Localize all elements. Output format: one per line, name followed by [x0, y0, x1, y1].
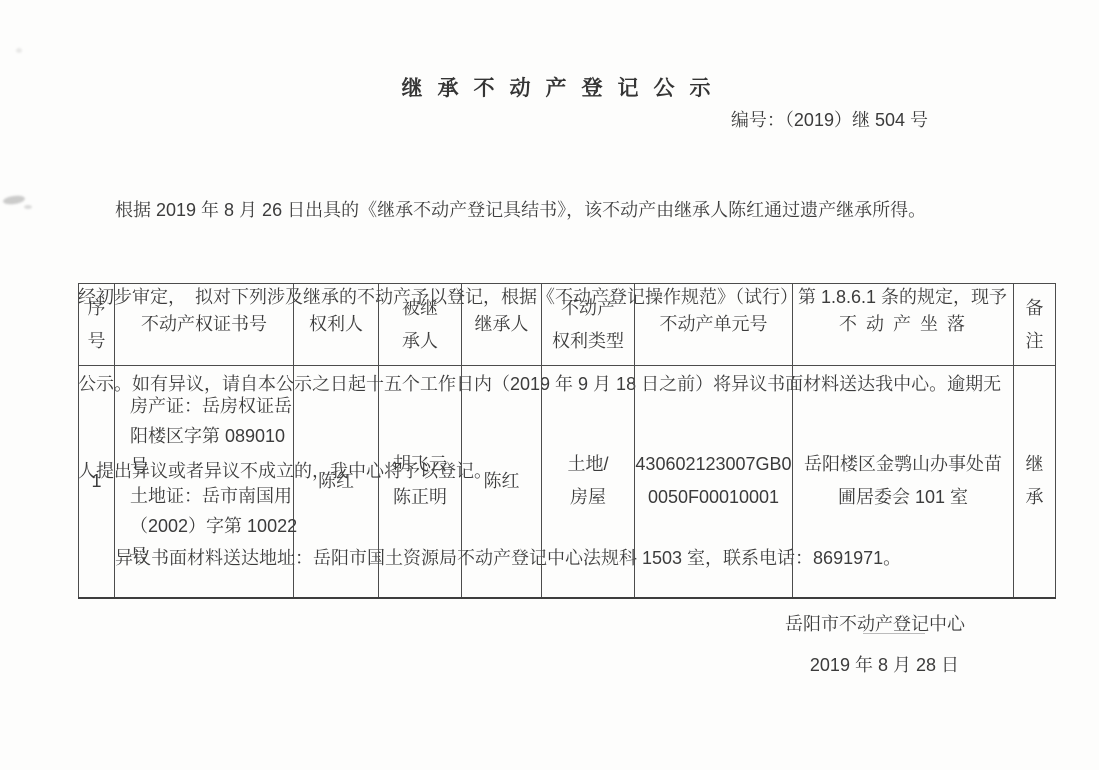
- header-decedent: 被继 承人: [379, 284, 462, 366]
- header-seq: 序 号: [79, 284, 115, 366]
- scan-smudge: [24, 205, 32, 209]
- header-location: 不 动 产 坐 落: [793, 284, 1014, 366]
- scanned-notice-page: 继承不动产登记公示 编号：（2019）继 504 号 根据 2019 年 8 月…: [0, 0, 1099, 770]
- cell-right-holder: 陈红: [294, 366, 379, 598]
- scan-smudge: [3, 195, 26, 206]
- header-remark: 备 注: [1014, 284, 1056, 366]
- scan-line-artifact: [863, 633, 925, 634]
- cell-right-type: 土地/ 房屋: [542, 366, 635, 598]
- cell-remark: 继 承: [1014, 366, 1056, 598]
- cell-unit-no: 430602123007GB0 0050F00010001: [635, 366, 793, 598]
- cell-decedent: 胡飞云 陈正明: [379, 366, 462, 598]
- issue-date: 2019 年 8 月 28 日: [810, 651, 959, 677]
- header-right-type: 不动产 权利类型: [542, 284, 635, 366]
- document-number: 编号：（2019）继 504 号: [731, 106, 928, 132]
- cell-seq: 1: [79, 366, 115, 598]
- table-header-row: 序 号 不动产权证书号 权利人 被继 承人 继承人 不动产 权利类型 不动产单元…: [79, 284, 1056, 366]
- header-unit-no: 不动产单元号: [635, 284, 793, 366]
- header-cert-no: 不动产权证书号: [115, 284, 294, 366]
- header-heir: 继承人: [462, 284, 542, 366]
- scan-smudge: [16, 48, 22, 53]
- cell-cert-no: 房产证：岳房权证岳 阳楼区字第 089010 号 土地证：岳市南国用 （2002…: [115, 366, 294, 598]
- notice-line: 根据 2019 年 8 月 26 日出具的《继承不动产登记具结书》，该不动产由继…: [78, 196, 1007, 225]
- cell-heir: 陈红: [462, 366, 542, 598]
- registration-table: 序 号 不动产权证书号 权利人 被继 承人 继承人 不动产 权利类型 不动产单元…: [78, 283, 1056, 599]
- cell-location: 岳阳楼区金鹗山办事处苗 圃居委会 101 室: [793, 366, 1014, 598]
- page-title: 继承不动产登记公示: [0, 72, 1099, 102]
- header-right-holder: 权利人: [294, 284, 379, 366]
- table-row: 1 房产证：岳房权证岳 阳楼区字第 089010 号 土地证：岳市南国用 （20…: [79, 366, 1056, 598]
